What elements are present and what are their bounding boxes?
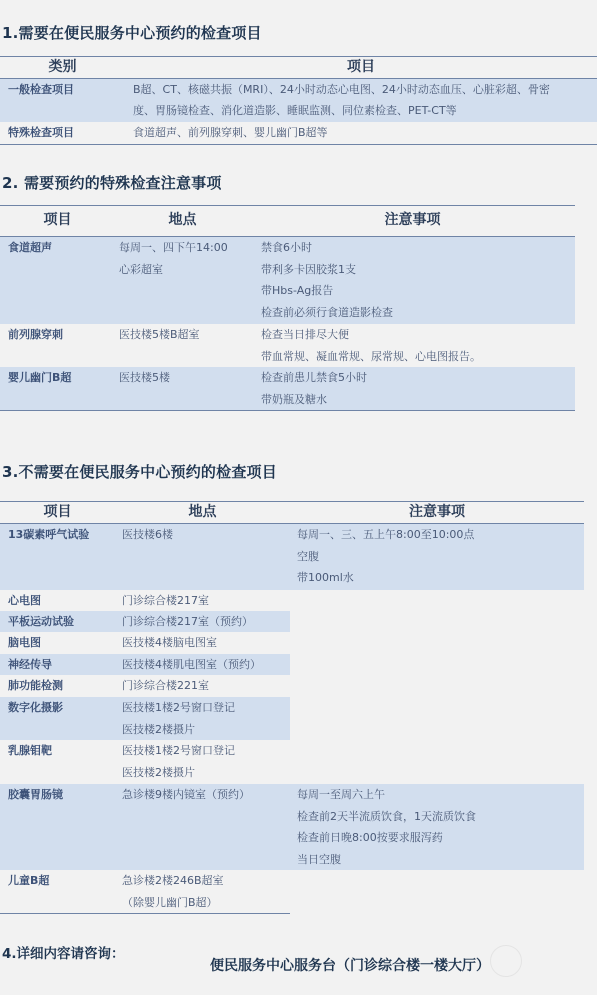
item-cell: 前列腺穿刺 — [8, 324, 63, 346]
table-row: 婴儿幽门B超 医技楼5楼 检查前患儿禁食5小时 带奶瓶及糖水 — [0, 367, 575, 410]
header-notes: 注意事项 — [250, 208, 575, 232]
table-row: 儿童B超 急诊楼2楼246B超室 （除婴儿幽门B超） — [0, 870, 290, 913]
note-cell: 检查前2天半流质饮食，1天流质饮食 — [297, 806, 476, 828]
table-row: 肺功能检测 门诊综合楼221室 — [0, 675, 290, 697]
item-cell: 心电图 — [8, 590, 41, 612]
rule — [0, 205, 575, 206]
item-cell: 13碳素呼气试验 — [8, 524, 89, 546]
location-cell: 医技楼2楼摄片 — [122, 719, 195, 741]
note-cell: 禁食6小时 — [261, 237, 312, 259]
item-cell: 儿童B超 — [8, 870, 49, 892]
location-cell: 医技楼4楼肌电图室（预约） — [122, 654, 261, 676]
item-cell: 乳腺钼靶 — [8, 740, 52, 762]
watermark-logo-icon — [490, 945, 522, 977]
rule — [0, 913, 290, 914]
table-row: 食道超声 每周一、四下午14:00 心彩超室 禁食6小时 带利多卡因胶浆1支 带… — [0, 237, 575, 324]
note-cell: 带奶瓶及糖水 — [261, 389, 327, 411]
rule — [0, 410, 575, 411]
location-cell: 急诊楼9楼内镜室（预约） — [122, 784, 250, 806]
location-cell: 门诊综合楼217室 — [122, 590, 209, 612]
location-cell: （除婴儿幽门B超） — [122, 892, 218, 914]
table-row: 心电图 门诊综合楼217室 — [0, 590, 290, 611]
table-row: 13碳素呼气试验 医技楼6楼 每周一、三、五上午8:00至10:00点 空腹 带… — [0, 524, 584, 590]
category-cell: 一般检查项目 — [8, 79, 74, 101]
service-desk-location: 便民服务中心服务台（门诊综合楼一楼大厅） — [210, 955, 490, 975]
item-cell: 神经传导 — [8, 654, 52, 676]
table-row: 一般检查项目 B超、CT、核磁共振（MRI）、24小时动态心电图、24小时动态血… — [0, 79, 597, 122]
location-cell: 急诊楼2楼246B超室 — [122, 870, 224, 892]
header-category: 类别 — [0, 55, 125, 79]
note-cell: 每周一至周六上午 — [297, 784, 385, 806]
note-cell: 带利多卡因胶浆1支 — [261, 259, 356, 281]
note-cell: 检查前必须行食道造影检查 — [261, 302, 393, 324]
note-cell: 当日空腹 — [297, 849, 341, 871]
location-cell: 门诊综合楼217室（预约） — [122, 611, 253, 633]
note-cell: 带血常规、凝血常规、尿常规、心电图报告。 — [261, 346, 481, 368]
section3-title: 3.不需要在便民服务中心预约的检查项目 — [2, 461, 277, 482]
category-cell: 特殊检查项目 — [8, 122, 74, 144]
note-cell: 带Hbs-Ag报告 — [261, 280, 333, 302]
note-cell: 空腹 — [297, 546, 319, 568]
header-item: 项目 — [0, 500, 115, 524]
location-cell: 心彩超室 — [119, 259, 163, 281]
table-row: 脑电图 医技楼4楼脑电图室 — [0, 632, 290, 654]
location-cell: 医技楼1楼2号窗口登记 — [122, 697, 235, 719]
location-cell: 医技楼6楼 — [122, 524, 173, 546]
note-cell: 检查当日排尽大便 — [261, 324, 349, 346]
section4-title: 4.详细内容请咨询： — [2, 942, 125, 962]
location-cell: 医技楼4楼脑电图室 — [122, 632, 217, 654]
item-cell: 婴儿幽门B超 — [8, 367, 71, 389]
section1-title: 1.需要在便民服务中心预约的检查项目 — [2, 22, 262, 43]
item-cell: 数字化摄影 — [8, 697, 63, 719]
item-cell: 食道超声 — [8, 237, 52, 259]
location-cell: 医技楼1楼2号窗口登记 — [122, 740, 235, 762]
note-cell: 检查前患儿禁食5小时 — [261, 367, 367, 389]
note-cell: 检查前日晚8:00按要求服泻药 — [297, 827, 443, 849]
header-location: 地点 — [115, 500, 290, 524]
table-row: 胶囊胃肠镜 急诊楼9楼内镜室（预约） 每周一至周六上午 检查前2天半流质饮食，1… — [0, 784, 584, 870]
table-row: 特殊检查项目 食道超声、前列腺穿刺、婴儿幽门B超等 — [0, 122, 597, 144]
rule — [0, 144, 597, 145]
item-cell: 胶囊胃肠镜 — [8, 784, 63, 806]
location-cell: 门诊综合楼221室 — [122, 675, 209, 697]
table-row: 神经传导 医技楼4楼肌电图室（预约） — [0, 654, 290, 675]
header-location: 地点 — [115, 208, 250, 232]
item-cell: 脑电图 — [8, 632, 41, 654]
note-cell: 带100ml水 — [297, 567, 354, 589]
table-row: 数字化摄影 医技楼1楼2号窗口登记 医技楼2楼摄片 — [0, 697, 290, 740]
items-cell: 食道超声、前列腺穿刺、婴儿幽门B超等 — [133, 122, 328, 144]
note-cell: 每周一、三、五上午8:00至10:00点 — [297, 524, 474, 546]
header-items: 项目 — [125, 55, 597, 79]
items-cell: B超、CT、核磁共振（MRI）、24小时动态心电图、24小时动态血压、心脏彩超、… — [133, 79, 550, 101]
location-cell: 医技楼5楼 — [119, 367, 170, 389]
location-cell: 每周一、四下午14:00 — [119, 237, 228, 259]
items-cell: 度、胃肠镜检查、消化道造影、睡眠监测、同位素检查、PET-CT等 — [133, 100, 457, 122]
table-row: 乳腺钼靶 医技楼1楼2号窗口登记 医技楼2楼摄片 — [0, 740, 290, 784]
item-cell: 平板运动试验 — [8, 611, 74, 633]
table-row: 平板运动试验 门诊综合楼217室（预约） — [0, 611, 290, 632]
header-item: 项目 — [0, 208, 115, 232]
location-cell: 医技楼2楼摄片 — [122, 762, 195, 784]
location-cell: 医技楼5楼B超室 — [119, 324, 200, 346]
item-cell: 肺功能检测 — [8, 675, 63, 697]
header-notes: 注意事项 — [290, 500, 584, 524]
section2-title: 2. 需要预约的特殊检查注意事项 — [2, 172, 222, 193]
table-row: 前列腺穿刺 医技楼5楼B超室 检查当日排尽大便 带血常规、凝血常规、尿常规、心电… — [0, 324, 575, 367]
